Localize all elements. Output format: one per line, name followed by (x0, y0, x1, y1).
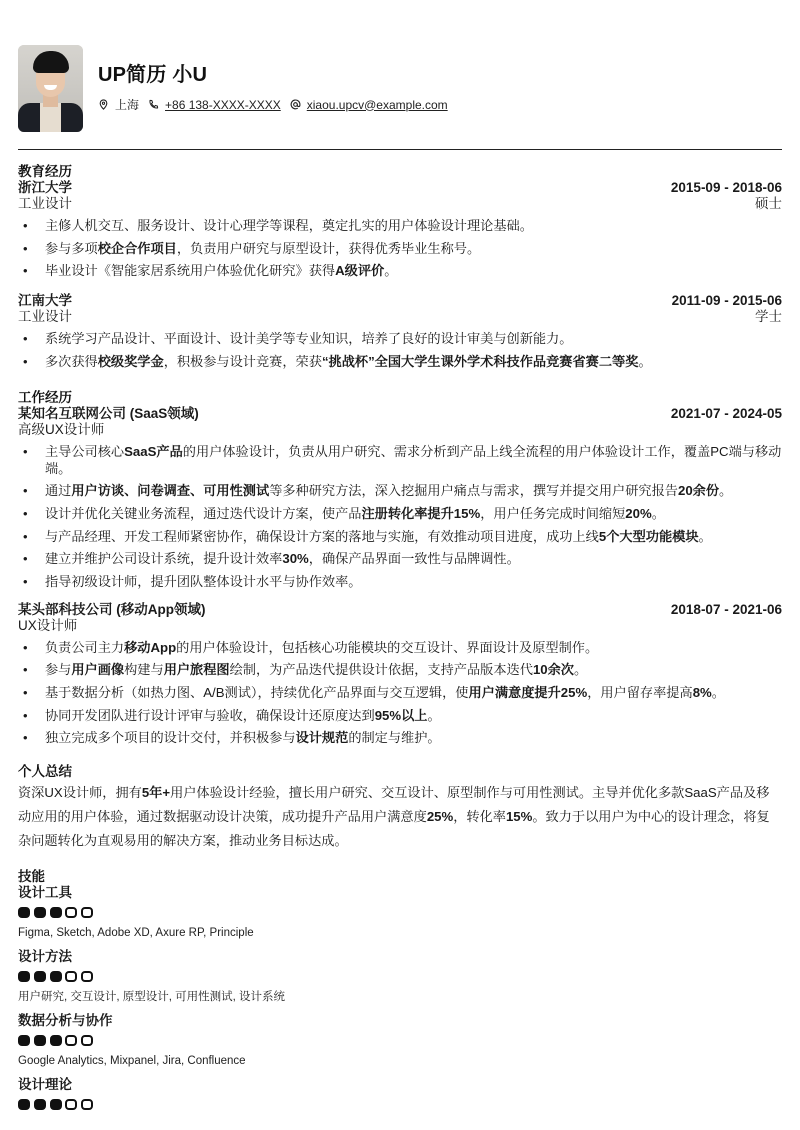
summary-text: 资深UX设计师，拥有5年+用户体验设计经验，擅长用户研究、交互设计、原型制作与可… (18, 781, 782, 853)
work-section: 工作经历 某知名互联网公司 (SaaS领域) 2021-07 - 2024-05… (18, 390, 782, 746)
contact-phone: +86 138-XXXX-XXXX (148, 98, 281, 112)
at-sign-icon (290, 99, 301, 110)
bullet-item: 多次获得校级奖学金，积极参与设计竞赛，荣获“挑战杯”全国大学生课外学术科技作品竞… (18, 353, 782, 370)
skills-list: 设计工具Figma, Sketch, Adobe XD, Axure RP, P… (18, 885, 782, 1111)
bullet-item: 参与用户画像构建与用户旅程图绘制，为产品迭代提供设计依据，支持产品版本迭代10余… (18, 661, 782, 678)
empty-dot-icon (65, 1035, 77, 1046)
bullet-item: 指导初级设计师，提升团队整体设计水平与协作效率。 (18, 573, 782, 590)
skill-level-rating (18, 1035, 782, 1047)
bullet-item: 与产品经理、开发工程师紧密协作，确保设计方案的落地与实施，有效推动项目进度，成功… (18, 528, 782, 545)
skill-item: 设计理论 (18, 1077, 782, 1111)
empty-dot-icon (81, 971, 93, 982)
filled-dot-icon (50, 1035, 62, 1046)
work-dates: 2021-07 - 2024-05 (671, 406, 782, 422)
major: 工业设计 (18, 196, 72, 212)
resume-header: UP简历 小U 上海 +86 138-XXXX-XXXX xiaou.upcv@… (18, 0, 782, 150)
filled-dot-icon (34, 1035, 46, 1046)
work-title: 工作经历 (18, 390, 782, 406)
contact-email: xiaou.upcv@example.com (290, 98, 448, 112)
filled-dot-icon (50, 1099, 62, 1110)
bullet-item: 通过用户访谈、问卷调查、可用性测试等多种研究方法，深入挖掘用户痛点与需求，撰写并… (18, 482, 782, 499)
bullet-item: 系统学习产品设计、平面设计、设计美学等专业知识，培养了良好的设计审美与创新能力。 (18, 330, 782, 347)
school-name: 江南大学 (18, 293, 72, 309)
major: 工业设计 (18, 309, 72, 325)
contact-location: 上海 (98, 96, 139, 113)
bullet-item: 主修人机交互、服务设计、设计心理学等课程，奠定扎实的用户体验设计理论基础。 (18, 217, 782, 234)
filled-dot-icon (34, 907, 46, 918)
skills-title: 技能 (18, 869, 782, 885)
bullet-item: 负责公司主力移动App的用户体验设计，包括核心功能模块的交互设计、界面设计及原型… (18, 639, 782, 656)
company-name: 某知名互联网公司 (SaaS领域) (18, 406, 199, 422)
education-entry-1: 江南大学 2011-09 - 2015-06 工业设计 学士 系统学习产品设计、… (18, 293, 782, 370)
skill-description: Figma, Sketch, Adobe XD, Axure RP, Princ… (18, 926, 782, 940)
bullet-item: 协同开发团队进行设计评审与验收，确保设计还原度达到95%以上。 (18, 707, 782, 724)
empty-dot-icon (81, 1099, 93, 1110)
contact-info: 上海 +86 138-XXXX-XXXX xiaou.upcv@example.… (98, 96, 457, 113)
candidate-name: UP简历 小U (98, 63, 457, 87)
skill-name: 数据分析与协作 (18, 1013, 782, 1029)
school-name: 浙江大学 (18, 180, 72, 196)
education-bullets: 系统学习产品设计、平面设计、设计美学等专业知识，培养了良好的设计审美与创新能力。… (18, 330, 782, 370)
empty-dot-icon (65, 1099, 77, 1110)
empty-dot-icon (81, 907, 93, 918)
empty-dot-icon (65, 907, 77, 918)
summary-section: 个人总结 资深UX设计师，拥有5年+用户体验设计经验，擅长用户研究、交互设计、原… (18, 764, 782, 853)
phone-icon (148, 99, 159, 110)
skill-level-rating (18, 971, 782, 983)
filled-dot-icon (18, 1035, 30, 1046)
skill-description: 用户研究, 交互设计, 原型设计, 可用性测试, 设计系统 (18, 990, 782, 1004)
job-role: 高级UX设计师 (18, 422, 104, 438)
filled-dot-icon (18, 1099, 30, 1110)
degree: 硕士 (755, 196, 782, 212)
skill-level-rating (18, 907, 782, 919)
email-link[interactable]: xiaou.upcv@example.com (307, 98, 448, 112)
skill-level-rating (18, 1099, 782, 1111)
empty-dot-icon (65, 971, 77, 982)
work-entry-0: 某知名互联网公司 (SaaS领域) 2021-07 - 2024-05 高级UX… (18, 406, 782, 590)
bullet-item: 基于数据分析（如热力图、A/B测试），持续优化产品界面与交互逻辑，使用户满意度提… (18, 684, 782, 701)
work-bullets: 负责公司主力移动App的用户体验设计，包括核心功能模块的交互设计、界面设计及原型… (18, 639, 782, 746)
bullet-item: 毕业设计《智能家居系统用户体验优化研究》获得A级评价。 (18, 262, 782, 279)
work-entry-1: 某头部科技公司 (移动App领域) 2018-07 - 2021-06 UX设计… (18, 602, 782, 746)
skill-item: 数据分析与协作Google Analytics, Mixpanel, Jira,… (18, 1013, 782, 1068)
education-dates: 2011-09 - 2015-06 (672, 293, 782, 309)
education-dates: 2015-09 - 2018-06 (671, 180, 782, 196)
skill-description: Google Analytics, Mixpanel, Jira, Conflu… (18, 1054, 782, 1068)
skill-item: 设计方法用户研究, 交互设计, 原型设计, 可用性测试, 设计系统 (18, 949, 782, 1004)
job-role: UX设计师 (18, 618, 77, 634)
skill-name: 设计方法 (18, 949, 782, 965)
work-bullets: 主导公司核心SaaS产品的用户体验设计，负责从用户研究、需求分析到产品上线全流程… (18, 443, 782, 590)
bullet-item: 参与多项校企合作项目，负责用户研究与原型设计，获得优秀毕业生称号。 (18, 240, 782, 257)
bullet-item: 独立完成多个项目的设计交付，并积极参与设计规范的制定与维护。 (18, 729, 782, 746)
phone-link[interactable]: +86 138-XXXX-XXXX (165, 98, 281, 112)
education-bullets: 主修人机交互、服务设计、设计心理学等课程，奠定扎实的用户体验设计理论基础。参与多… (18, 217, 782, 279)
filled-dot-icon (34, 971, 46, 982)
skill-name: 设计工具 (18, 885, 782, 901)
bullet-item: 主导公司核心SaaS产品的用户体验设计，负责从用户研究、需求分析到产品上线全流程… (18, 443, 782, 477)
resume-page: UP简历 小U 上海 +86 138-XXXX-XXXX xiaou.upcv@… (0, 0, 800, 1130)
education-title: 教育经历 (18, 164, 782, 180)
education-section: 教育经历 浙江大学 2015-09 - 2018-06 工业设计 硕士 主修人机… (18, 164, 782, 370)
education-entry-0: 浙江大学 2015-09 - 2018-06 工业设计 硕士 主修人机交互、服务… (18, 180, 782, 279)
summary-title: 个人总结 (18, 764, 782, 780)
degree: 学士 (755, 309, 782, 325)
filled-dot-icon (18, 907, 30, 918)
bullet-item: 设计并优化关键业务流程，通过迭代设计方案，使产品注册转化率提升15%，用户任务完… (18, 505, 782, 522)
skill-item: 设计工具Figma, Sketch, Adobe XD, Axure RP, P… (18, 885, 782, 940)
filled-dot-icon (34, 1099, 46, 1110)
location-text: 上海 (115, 96, 139, 113)
location-pin-icon (98, 99, 109, 110)
filled-dot-icon (50, 971, 62, 982)
bullet-item: 建立并维护公司设计系统，提升设计效率30%，确保产品界面一致性与品牌调性。 (18, 550, 782, 567)
work-dates: 2018-07 - 2021-06 (671, 602, 782, 618)
avatar (18, 45, 83, 132)
company-name: 某头部科技公司 (移动App领域) (18, 602, 205, 618)
skills-section: 技能 设计工具Figma, Sketch, Adobe XD, Axure RP… (18, 869, 782, 1111)
skill-name: 设计理论 (18, 1077, 782, 1093)
filled-dot-icon (18, 971, 30, 982)
filled-dot-icon (50, 907, 62, 918)
empty-dot-icon (81, 1035, 93, 1046)
